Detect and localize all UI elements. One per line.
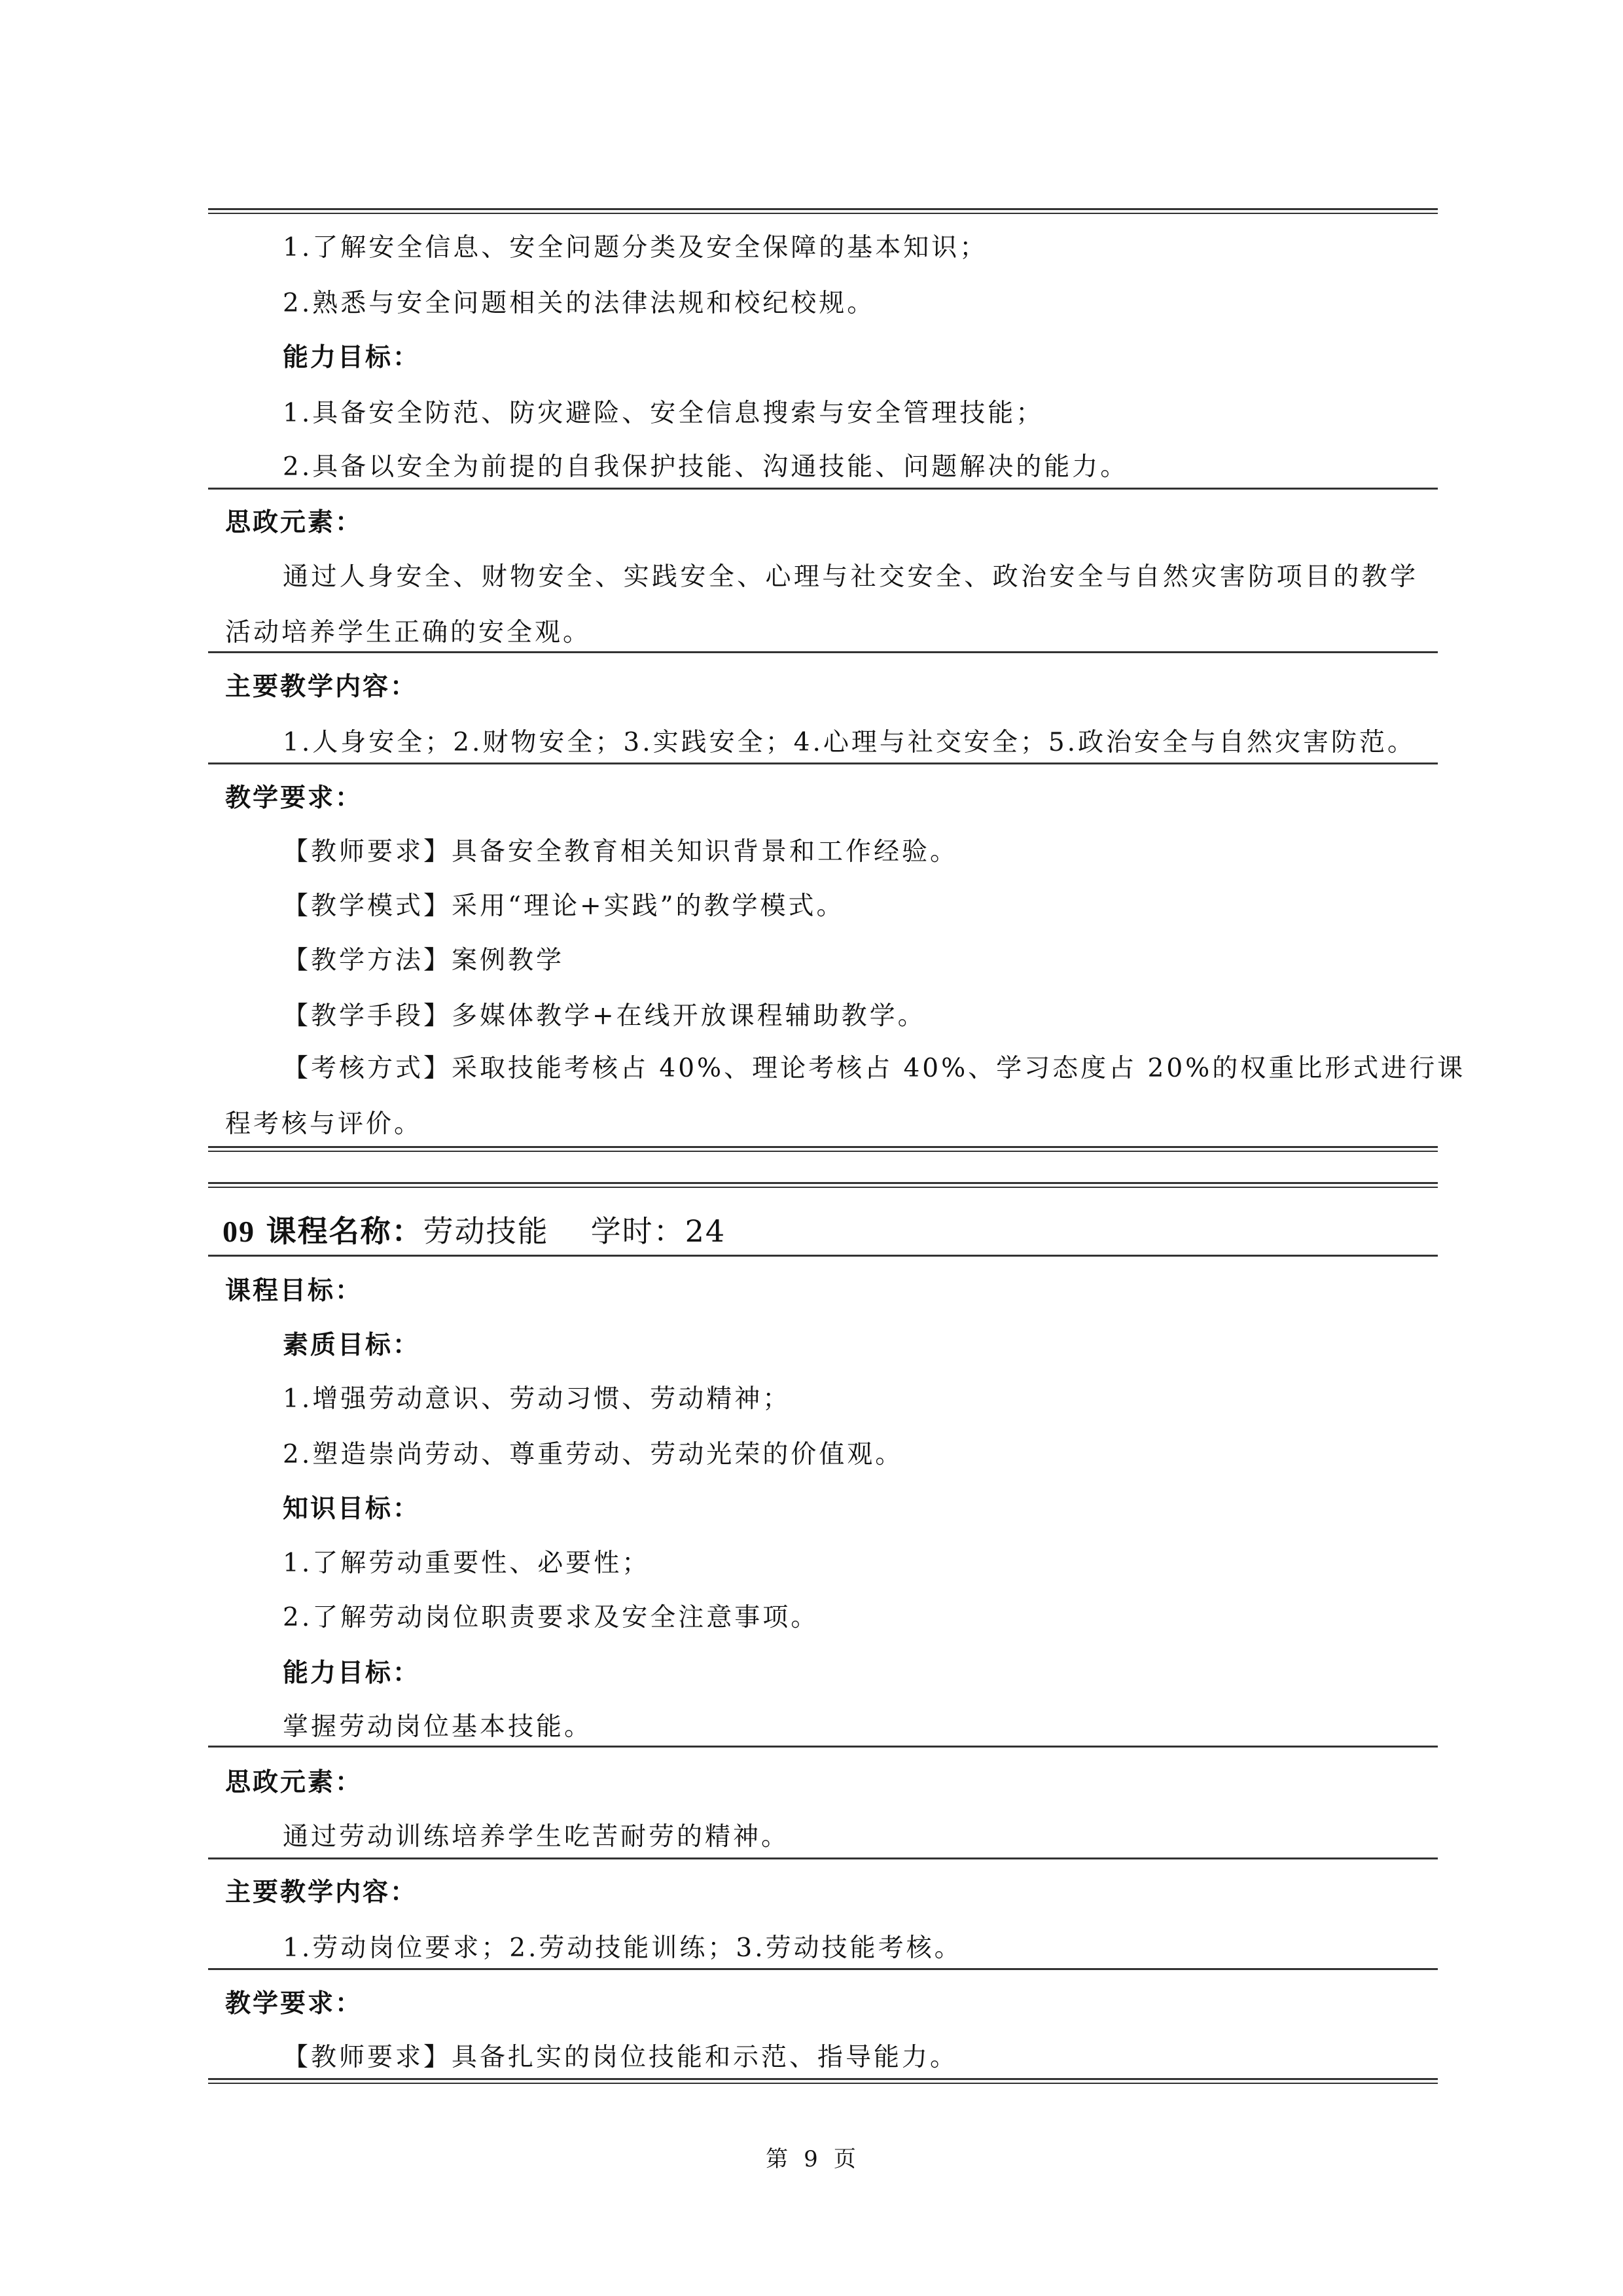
page-number-suffix: 页 bbox=[834, 2146, 857, 2172]
page-number: 第9页 bbox=[0, 2144, 1623, 2174]
table-bottom-rule bbox=[208, 1146, 1438, 1152]
knowledge-goal-1: 1.了解劳动重要性、必要性； bbox=[283, 1544, 650, 1583]
requirement-teacher: 【教师要求】具备安全教育相关知识背景和工作经验。 bbox=[283, 833, 958, 872]
requirement-teacher: 【教师要求】具备扎实的岗位技能和示范、指导能力。 bbox=[283, 2038, 958, 2077]
ability-goal: 掌握劳动岗位基本技能。 bbox=[283, 1708, 592, 1747]
content-text: 1.劳动岗位要求；2.劳动技能训练；3.劳动技能考核。 bbox=[283, 1929, 963, 1968]
ability-goal-1: 1.具备安全防范、防灾避险、安全信息搜索与安全管理技能； bbox=[283, 394, 1044, 433]
ideology-heading: 思政元素： bbox=[225, 503, 363, 543]
table-bottom-rule bbox=[208, 2078, 1438, 2084]
ideology-text: 通过劳动训练培养学生吃苦耐劳的精神。 bbox=[283, 1818, 789, 1857]
section-rule bbox=[208, 1968, 1438, 1970]
section-rule bbox=[208, 488, 1438, 490]
quality-goals-heading: 素质目标： bbox=[283, 1326, 420, 1365]
requirement-method: 【教学方法】案例教学 bbox=[283, 941, 564, 980]
ability-goals-heading: 能力目标： bbox=[283, 338, 420, 378]
ideology-text-line2: 活动培养学生正确的安全观。 bbox=[225, 613, 591, 653]
section-rule bbox=[208, 651, 1438, 653]
knowledge-goal-1: 1.了解安全信息、安全问题分类及安全保障的基本知识； bbox=[283, 228, 988, 268]
course-name: 劳动技能 bbox=[423, 1213, 549, 1249]
ideology-text-line1: 通过人身安全、财物安全、实践安全、心理与社交安全、政治安全与自然灾害防项目的教学 bbox=[283, 558, 1418, 597]
section-rule bbox=[208, 1857, 1438, 1859]
quality-goal-1: 1.增强劳动意识、劳动习惯、劳动精神； bbox=[283, 1380, 791, 1419]
knowledge-goals-heading: 知识目标： bbox=[283, 1490, 420, 1529]
ideology-heading: 思政元素： bbox=[225, 1763, 363, 1803]
document-page: 1.了解安全信息、安全问题分类及安全保障的基本知识； 2.熟悉与安全问题相关的法… bbox=[0, 0, 1623, 2296]
section-rule bbox=[208, 1746, 1438, 1748]
table-top-rule bbox=[208, 208, 1438, 214]
course-number: 09 bbox=[223, 1215, 255, 1248]
content-heading: 主要教学内容： bbox=[225, 668, 418, 707]
content-heading: 主要教学内容： bbox=[225, 1873, 418, 1912]
course-hours-label: 学时： bbox=[591, 1213, 685, 1249]
quality-goal-2: 2.塑造崇尚劳动、尊重劳动、劳动光荣的价值观。 bbox=[283, 1435, 903, 1475]
ability-goals-heading: 能力目标： bbox=[283, 1654, 420, 1693]
course-name-label: 课程名称： bbox=[266, 1215, 423, 1248]
page-number-value: 9 bbox=[804, 2146, 819, 2172]
page-number-prefix: 第 bbox=[766, 2146, 789, 2172]
requirement-mode: 【教学模式】采用“理论+实践”的教学模式。 bbox=[283, 887, 845, 926]
ability-goal-2: 2.具备以安全为前提的自我保护技能、沟通技能、问题解决的能力。 bbox=[283, 448, 1128, 487]
course-hours: 24 bbox=[685, 1213, 726, 1249]
requirements-heading: 教学要求： bbox=[225, 779, 363, 818]
table-top-rule bbox=[208, 1182, 1438, 1188]
assessment-line2: 程考核与评价。 bbox=[225, 1105, 422, 1144]
course-title: 09 课程名称：劳动技能学时：24 bbox=[223, 1208, 726, 1254]
section-rule bbox=[208, 1255, 1438, 1257]
content-text: 1.人身安全；2.财物安全；3.实践安全；4.心理与社交安全；5.政治安全与自然… bbox=[283, 723, 1416, 762]
knowledge-goal-2: 2.了解劳动岗位职责要求及安全注意事项。 bbox=[283, 1598, 819, 1638]
section-rule bbox=[208, 762, 1438, 764]
assessment-line1: 【考核方式】采取技能考核占 40%、理论考核占 40%、学习态度占 20%的权重… bbox=[283, 1049, 1418, 1088]
requirement-means: 【教学手段】多媒体教学+在线开放课程辅助教学。 bbox=[283, 997, 926, 1036]
requirements-heading: 教学要求： bbox=[225, 1984, 363, 2024]
objectives-heading: 课程目标： bbox=[225, 1272, 363, 1311]
knowledge-goal-2: 2.熟悉与安全问题相关的法律法规和校纪校规。 bbox=[283, 284, 875, 323]
